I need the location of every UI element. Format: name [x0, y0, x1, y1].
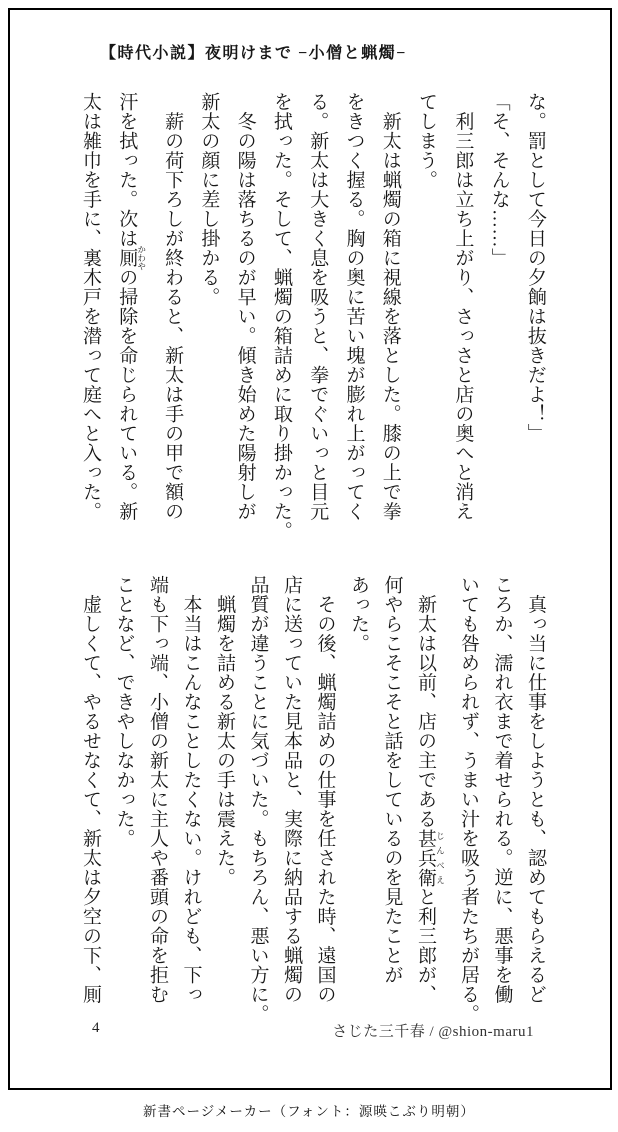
text-column: いても咎められず、うまい汁を吸う者たちが居る。	[458, 575, 479, 1017]
app-caption: 新書ページメーカー（フォント：源暎こぶり明朝）	[0, 1100, 618, 1120]
novel-page: 【時代小説】夜明けまで −小僧と蝋燭− な。罰として今日の夕餉は抜きだよ！」 「…	[8, 8, 612, 1090]
text-column: 何やらこそこそと話をしているのを見たことが	[382, 575, 403, 1017]
text-column: ころか、濡れ衣まで着せられる。逆に、悪事を働	[492, 575, 513, 1017]
text-column: 店に送っていた見本品と、実際に納品する蝋燭の	[281, 575, 302, 1017]
text-column: 端も下っ端、小僧の新太に主人や番頭の命を拒む	[147, 575, 168, 1017]
text-column: をきつく握る。胸の奥に苦い塊が膨れ上がってく	[343, 92, 364, 534]
text-column: てしまう。	[416, 92, 437, 534]
text-column: 利三郎は立ち上がり、さっさと店の奥へと消え	[452, 92, 473, 534]
text-column: あった。	[348, 575, 369, 1017]
text-column: 蝋燭を詰める新太の手は震えた。	[214, 575, 235, 1017]
text-block-top: な。罰として今日の夕餉は抜きだよ！」 「そ、そんな……」 利三郎は立ち上がり、さ…	[80, 92, 546, 534]
text-column: を拭った。そして、蝋燭の箱詰めに取り掛かった。	[271, 92, 292, 534]
text-column: 薪の荷下ろしが終わると、新太は手の甲で額の	[162, 92, 183, 534]
text-column: その後、蝋燭詰めの仕事を任された時、遠国の	[315, 575, 336, 1017]
text-block-bottom: 真っ当に仕事をしようとも、認めてもらえるど ころか、濡れ衣まで着せられる。逆に、…	[80, 575, 546, 1017]
page-number: 4	[92, 1020, 100, 1037]
text-column: 本当はこんなことしたくない。けれども、下っ	[181, 575, 202, 1017]
author-credit: さじた三千春 / @shion-maru1	[332, 1020, 534, 1041]
text-column: る。新太は大きく息を吸うと、拳でぐいっと目元	[307, 92, 328, 534]
text-column: 虚しくて、やるせなくて、新太は夕空の下、厠	[80, 575, 101, 1017]
text-column: 太は雑巾を手に、裏木戸を潜って庭へと入った。	[80, 92, 101, 534]
text-column: な。罰として今日の夕餉は抜きだよ！」	[525, 92, 546, 534]
page-title: 【時代小説】夜明けまで −小僧と蝋燭−	[100, 40, 407, 63]
text-column: 品質が違うことに気づいた。もちろん、悪い方に。	[248, 575, 269, 1017]
text-column: ことなど、できやしなかった。	[114, 575, 135, 1017]
text-column: 真っ当に仕事をしようとも、認めてもらえるど	[525, 575, 546, 1017]
text-column: 新太は以前、店の主である甚兵衛じんべえと利三郎が、	[415, 575, 446, 1017]
text-column: 「そ、そんな……」	[489, 92, 510, 534]
text-column: 冬の陽は落ちるのが早い。傾き始めた陽射しが	[235, 92, 256, 534]
text-column: 新太の顔に差し掛かる。	[198, 92, 219, 534]
text-column: 汗を拭った。次は厠かわやの掃除を命じられている。新	[116, 92, 147, 534]
text-column: 新太は蝋燭の箱に視線を落とした。膝の上で拳	[380, 92, 401, 534]
